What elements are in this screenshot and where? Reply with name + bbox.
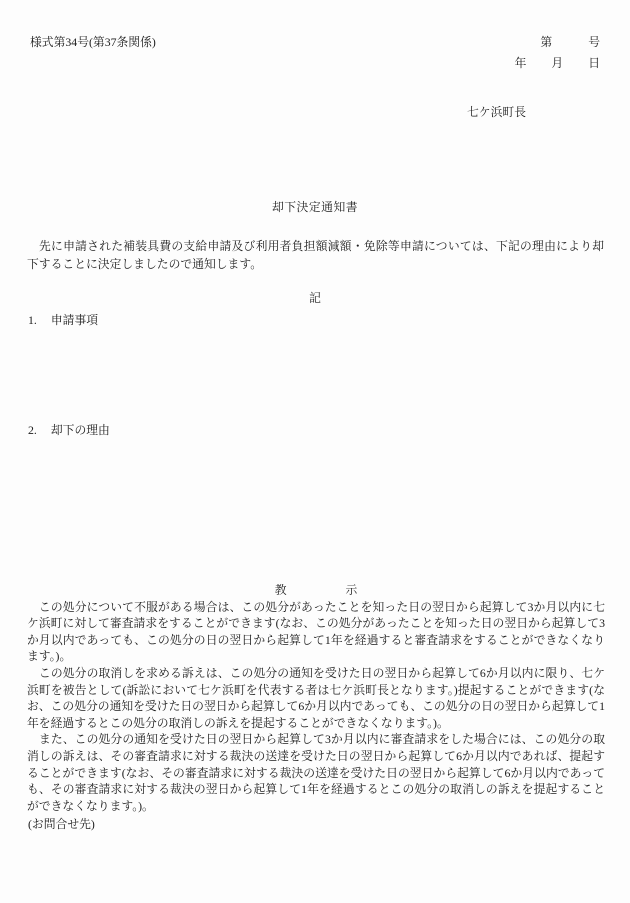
- intro-paragraph: 先に申請された補装具費の支給申請及び利用者負担額減額・免除等申請については、下記…: [27, 238, 604, 273]
- contact-label: (お問合せ先): [28, 815, 95, 832]
- kyoji-paragraph-review-request: この処分について不服がある場合は、この処分があったことを知った日の翌日から起算し…: [27, 599, 605, 665]
- doc-number-suffix: 号: [588, 33, 600, 50]
- item-application-matters: 1.申請事項: [28, 311, 98, 328]
- addressee-label: 七ケ浜町長: [467, 103, 526, 120]
- document-title: 却下決定通知書: [0, 198, 630, 215]
- item-2-label: 却下の理由: [51, 423, 110, 437]
- item-1-label: 申請事項: [51, 313, 98, 327]
- item-1-number: 1.: [28, 313, 37, 327]
- ki-marker: 記: [0, 289, 630, 306]
- item-rejection-reason: 2.却下の理由: [28, 421, 110, 438]
- date-month-label: 月: [551, 54, 563, 71]
- date-year-label: 年: [515, 54, 527, 71]
- kyoji-heading: 教 示: [27, 582, 605, 599]
- kyoji-instruction-section: 教 示 この処分について不服がある場合は、この処分があったことを知った日の翌日か…: [27, 582, 605, 814]
- doc-number-line: 第 号: [540, 33, 600, 50]
- kyoji-paragraph-revocation-suit: この処分の取消しを求める訴えは、この処分の通知を受けた日の翌日から起算して6か月…: [27, 665, 605, 731]
- date-line: 年 月 日: [515, 54, 600, 71]
- item-2-number: 2.: [28, 423, 37, 437]
- form-number-label: 様式第34号(第37条関係): [30, 33, 156, 50]
- document-page: 様式第34号(第37条関係) 第 号 年 月 日 七ケ浜町長 却下決定通知書 先…: [0, 0, 630, 903]
- kyoji-paragraph-after-review: また、この処分の通知を受けた日の翌日から起算して3か月以内に審査請求をした場合に…: [27, 731, 605, 814]
- doc-number-prefix: 第: [540, 33, 552, 50]
- date-day-label: 日: [588, 54, 600, 71]
